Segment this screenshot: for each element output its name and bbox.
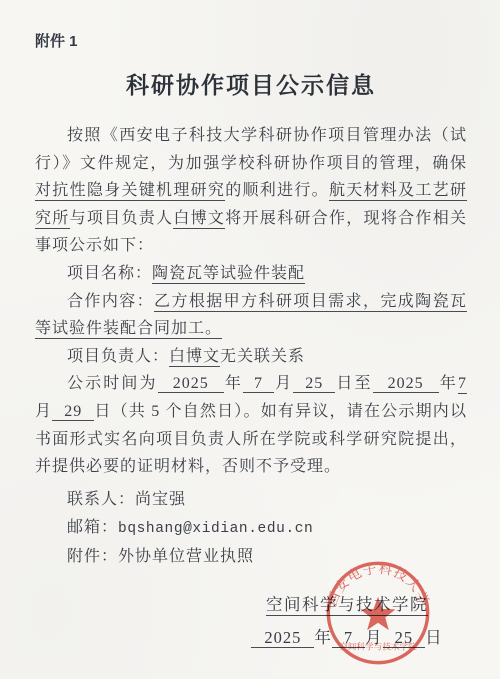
publicity-paragraph: 公示时间为2025年7月25日至2025年7月29日（共 5 个自然日）。如有异… [35,370,467,480]
signature-year-unit: 年 [314,628,332,647]
publicity-prefix: 公示时间为 [67,375,158,392]
signature-org-line: 空间科学与技术学院 [222,593,472,617]
publicity-year-unit-1: 年 [224,375,243,392]
attachment-item-label: 附件： [67,548,118,565]
attachment-item-value: 外协单位营业执照 [118,548,254,565]
signature-month: 7 [332,628,365,648]
intro-text-2: 的顺利进行。 [225,182,329,199]
signature-org: 空间科学与技术学院 [266,595,428,616]
signature-month-unit: 月 [365,628,383,647]
intro-text-1: 按照《西安电子科技大学科研协作项目管理办法（试行）》文件规定，为加强学校科研协作… [35,127,467,172]
publicity-suffix: 日（共 5 个自然日）。如有异议，请在公示期内以书面形式实名向项目负责人所在学院… [35,403,467,475]
publicity-end-year: 2025 [373,375,439,393]
project-name-line: 项目名称：陶瓷瓦等试验件装配 [35,260,467,288]
project-name-label: 项目名称： [67,265,152,282]
signature-day-unit: 日 [425,628,443,647]
contacts-block: 联系人：尚宝强 邮箱：bqshang@xidian.edu.cn 附件：外协单位… [35,486,467,571]
signature-day: 25 [383,628,426,648]
document-page: 附件 1 科研协作项目公示信息 按照《西安电子科技大学科研协作项目管理办法（试行… [0,0,500,679]
intro-underlined-project: 对抗性隐身关键机理研究 [35,182,225,201]
document-content: 附件 1 科研协作项目公示信息 按照《西安电子科技大学科研协作项目管理办法（试行… [0,0,500,571]
publicity-start-day: 25 [293,375,335,393]
contact-line: 联系人：尚宝强 [35,486,467,514]
cooperation-line: 合作内容：乙方根据甲方科研项目需求，完成陶瓷瓦等试验件装配合同加工。 [35,288,467,343]
leader-line: 项目负责人：白博文无关联关系 [35,343,467,371]
contact-name: 尚宝强 [135,491,186,508]
publicity-month-unit-2: 月 [35,403,52,420]
email-label: 邮箱： [67,519,118,536]
leader-name: 白博文 [169,348,220,367]
cooperation-label: 合作内容： [67,293,154,310]
page-title: 科研协作项目公示信息 [35,67,467,100]
leader-suffix: 无关联关系 [220,348,305,365]
attachment-line: 附件：外协单位营业执照 [35,543,467,571]
email-line: 邮箱：bqshang@xidian.edu.cn [35,514,467,544]
leader-label: 项目负责人： [67,348,169,365]
document-body: 按照《西安电子科技大学科研协作项目管理办法（试行）》文件规定，为加强学校科研协作… [35,122,467,571]
intro-underlined-leader: 白博文 [173,210,225,229]
publicity-start-month: 7 [243,375,274,393]
publicity-year-unit-2: 年 [439,375,458,392]
signature-year: 2025 [251,628,314,648]
publicity-to-label: 日至 [335,375,372,392]
signature-date-line: 2025年7月25日 [222,626,472,650]
contact-label: 联系人： [67,491,135,508]
project-name-value: 陶瓷瓦等试验件装配 [152,265,305,284]
intro-text-3: 与项目负责人 [70,210,174,227]
attachment-label: 附件 1 [35,30,467,51]
email-value: bqshang@xidian.edu.cn [118,521,313,537]
signature-block: 空间科学与技术学院 2025年7月25日 [222,593,472,650]
publicity-end-day: 29 [52,403,94,421]
publicity-month-unit-1: 月 [274,375,293,392]
publicity-start-year: 2025 [158,375,224,393]
publicity-end-month: 7 [458,375,467,394]
intro-paragraph: 按照《西安电子科技大学科研协作项目管理办法（试行）》文件规定，为加强学校科研协作… [35,122,467,260]
